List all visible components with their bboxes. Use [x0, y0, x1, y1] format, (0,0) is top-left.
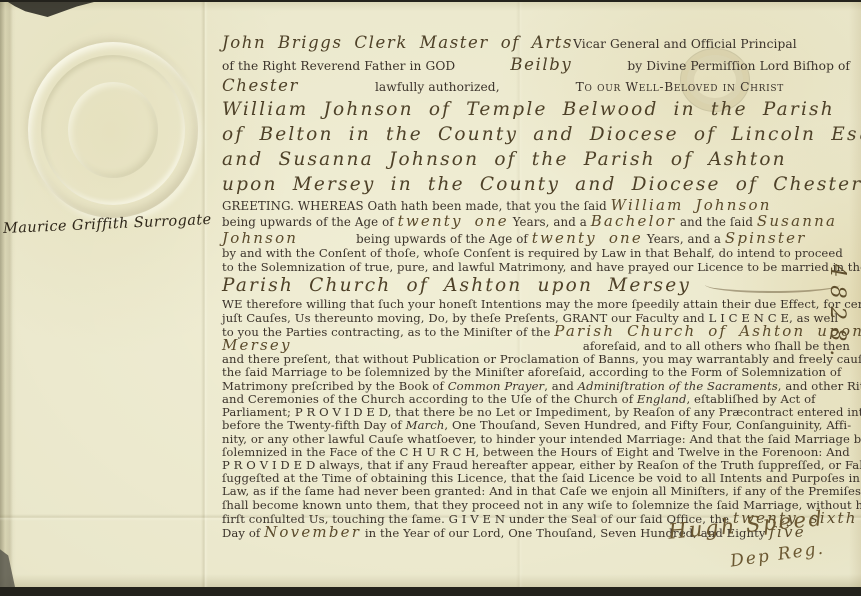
doc-line: John Briggs Clerk Master of ArtsVicar Ge…: [222, 33, 850, 55]
doc-line: GREETING. WHEREAS Oath hath been made, t…: [222, 198, 850, 215]
doc-line: to the Solemnization of true, pure, and …: [222, 261, 850, 275]
printed-text: March: [406, 418, 445, 432]
printed-text: Common Prayer: [448, 379, 544, 393]
doc-line: Johnsonbeing upwards of the Age of twent…: [222, 231, 850, 248]
printed-text: being upwards of the Age of: [222, 215, 398, 229]
flourish-line: [705, 279, 840, 293]
printed-text: To our Well-Beloved in Christ: [576, 78, 784, 98]
embossed-seal: [28, 42, 198, 218]
printed-text: England: [637, 392, 687, 406]
handwritten-text: Parish Church of Ashton upon Mersey: [222, 274, 691, 298]
handwritten-text: Spinster: [725, 229, 807, 247]
doc-line: upon Mersey in the County and Diocese of…: [222, 173, 850, 198]
printed-text: of the Right Reverend Father in GOD: [222, 57, 455, 77]
handwritten-text: of Belton in the County and Diocese of L…: [222, 124, 861, 145]
printed-text: by and with the Conſent of thoſe, whoſe …: [222, 246, 843, 260]
printed-text: Adminiſtration of the Sacraments: [578, 379, 778, 393]
handwritten-text: twenty one: [398, 212, 509, 230]
printed-text: WE therefore willing that ſuch your hone…: [222, 297, 861, 311]
doc-line: William Johnson of Temple Belwood in the…: [222, 98, 850, 123]
handwritten-text: Beilby: [510, 55, 572, 75]
handwritten-text: Johnson: [222, 229, 298, 247]
page-edge-strip: [0, 2, 13, 587]
printed-text: P R O V I D E D always, that if any Frau…: [222, 458, 861, 472]
handwritten-text: and Susanna Johnson of the Parish of Ash…: [222, 149, 787, 170]
handwritten-text: John Briggs Clerk Master of Arts: [222, 33, 573, 53]
printed-text: the ſaid Marriage to be ſolemnized by th…: [222, 365, 841, 379]
handwritten-text: Chester: [222, 76, 299, 96]
doc-line: Parish Church of Ashton upon Mersey: [222, 274, 850, 298]
printed-text: Day of: [222, 526, 264, 540]
printed-text: nity, or any other lawful Cauſe whatſoev…: [222, 432, 861, 446]
printed-text: before the Twenty-fifth Day of: [222, 418, 406, 432]
registrar-signature-title: Dep Reg.: [729, 538, 826, 571]
licence-text-block: John Briggs Clerk Master of ArtsVicar Ge…: [222, 33, 850, 540]
printed-text: ſuggeſted at the Time of obtaining this …: [222, 471, 860, 485]
doc-line: and Susanna Johnson of the Parish of Ash…: [222, 148, 850, 173]
printed-text: Parliament; P R O V I D E D, that there …: [222, 405, 861, 419]
printed-text: and the ſaid: [676, 215, 757, 229]
printed-text: being upwards of the Age of: [356, 232, 532, 246]
handwritten-text: twenty one: [532, 229, 643, 247]
printed-text: Vicar General and Official Principal: [573, 35, 797, 55]
printed-text: by Divine Permiſſion Lord Biſhop of: [627, 57, 850, 77]
printed-text: , One Thouſand, Seven Hundred, and Fifty…: [444, 418, 851, 432]
printed-text: to the Solemnization of true, pure, and …: [222, 260, 861, 274]
handwritten-text: Bachelor: [591, 212, 677, 230]
printed-text: , and: [544, 379, 577, 393]
fold-crease-vertical: [201, 2, 208, 587]
handwritten-text: William Johnson: [611, 196, 772, 214]
doc-line: Merseyaforeſaid, and to all others who ſ…: [222, 339, 850, 353]
printed-text: and Ceremonies of the Church according t…: [222, 392, 637, 406]
doc-line: to you the Parties contracting, as to th…: [222, 325, 850, 339]
doc-line: of Belton in the County and Diocese of L…: [222, 123, 850, 148]
printed-text: Matrimony preſcribed by the Book of: [222, 379, 448, 393]
handwritten-text: William Johnson of Temple Belwood in the…: [222, 99, 835, 120]
printed-text: ſolemnized in the Face of the C H U R C …: [222, 445, 850, 459]
reference-number-vertical: 4828.: [826, 228, 850, 400]
printed-text: GREETING. WHEREAS Oath hath been made, t…: [222, 199, 611, 213]
doc-line: Chesterlawfully authorized,To our Well-B…: [222, 76, 850, 98]
printed-text: and there preſent, that without Publicat…: [222, 352, 861, 366]
printed-text: , eſtabliſhed by Act of: [686, 392, 815, 406]
printed-text: Law, as if the ſame had never been grant…: [222, 484, 861, 498]
printed-text: lawfully authorized,: [375, 78, 500, 98]
printed-text: Years, and a: [509, 215, 591, 229]
handwritten-text: Parish Church of Ashton upon: [554, 322, 861, 340]
doc-line: of the Right Reverend Father in GODBeilb…: [222, 55, 850, 77]
corner-tear: [8, 2, 94, 17]
doc-line: by and with the Conſent of thoſe, whoſe …: [222, 247, 850, 261]
handwritten-text: Mersey: [222, 339, 292, 352]
document-paper: John Briggs Clerk Master of ArtsVicar Ge…: [0, 2, 861, 587]
handwritten-text: upon Mersey in the County and Diocese of…: [222, 174, 861, 195]
handwritten-text: November: [264, 523, 361, 541]
printed-text: Years, and a: [643, 232, 725, 246]
